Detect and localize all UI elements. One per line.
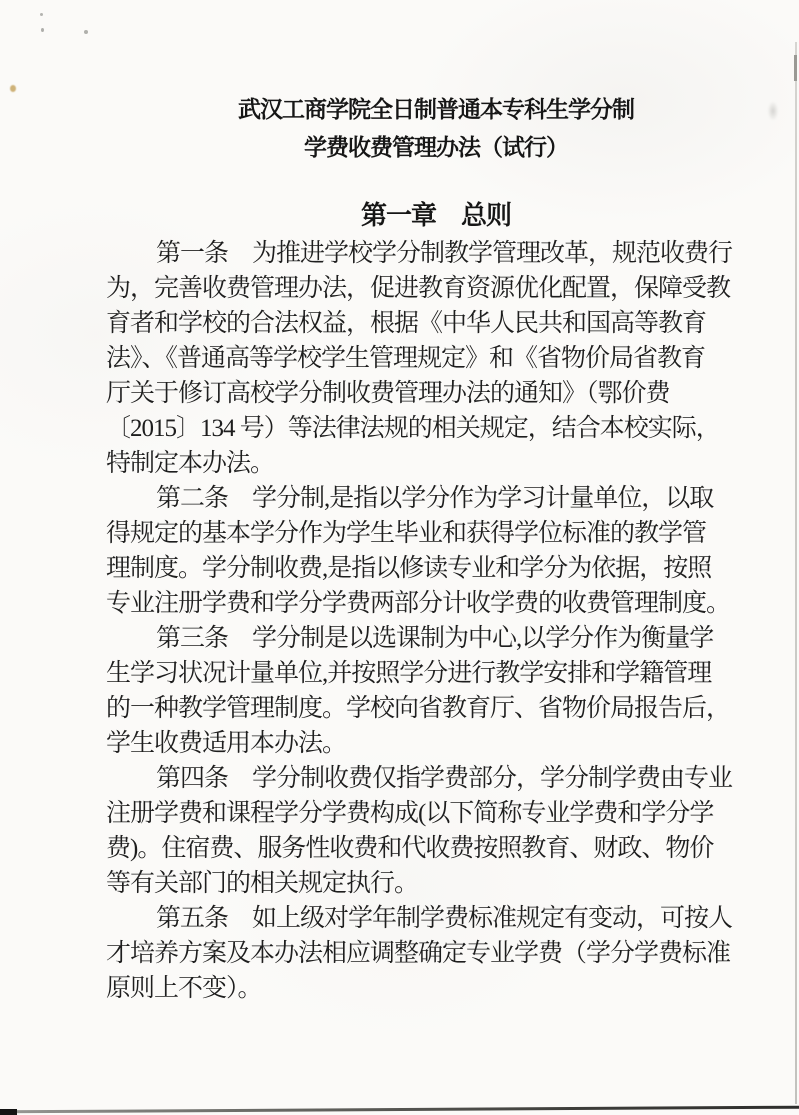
body-line: 特制定本办法。 [106, 446, 766, 481]
body-line: 才培养方案及本办法相应调整确定专业学费（学分学费标准 [106, 936, 766, 971]
body-line: 注册学费和课程学分学费构成(以下简称专业学费和学分学 [106, 796, 766, 831]
body-line: 为，完善收费管理办法，促进教育资源优化配置，保障受教 [106, 271, 766, 306]
body-line: 生学习状况计量单位,并按照学分进行教学安排和学籍管理 [106, 656, 766, 691]
scan-speck [84, 30, 88, 34]
body-line: 得规定的基本学分作为学生毕业和获得学位标准的教学管 [106, 516, 766, 551]
page-right-edge-dark-segment [794, 55, 797, 81]
document-title-line-2: 学费收费管理办法（试行） [106, 128, 766, 166]
body-line: 第五条 如上级对学年制学费标准规定有变动，可按人 [106, 901, 766, 936]
scan-speck [40, 13, 43, 16]
chapter-heading: 第一章 总则 [106, 195, 766, 232]
scan-speck [41, 28, 44, 32]
document-body: 第一条 为推进学校学分制教学管理改革，规范收费行 为，完善收费管理办法，促进教育… [106, 236, 766, 1006]
body-line: 育者和学校的合法权益，根据《中华人民共和国高等教育 [106, 306, 766, 341]
body-line: 〔2015〕134 号）等法律法规的相关规定，结合本校实际， [106, 411, 766, 446]
body-line: 等有关部门的相关规定执行。 [106, 866, 766, 901]
body-line: 学生收费适用本办法。 [106, 726, 766, 761]
body-line: 第三条 学分制是以选课制为中心,以学分作为衡量学 [106, 621, 766, 656]
scan-speck-yellow [10, 85, 16, 92]
scanner-bottom-left-corner-mark [0, 1109, 17, 1115]
body-line: 费)。住宿费、服务性收费和代收费按照教育、财政、物价 [106, 831, 766, 866]
document-title: 武汉工商学院全日制普通本专科生学分制 学费收费管理办法（试行） [106, 90, 766, 166]
scan-margin-smudge [766, 98, 780, 124]
page-right-edge-line [795, 42, 797, 1104]
document-title-line-1: 武汉工商学院全日制普通本专科生学分制 [106, 90, 766, 128]
body-line: 第四条 学分制收费仅指学费部分，学分制学费由专业 [106, 761, 766, 796]
body-line: 法》、《普通高等学校学生管理规定》和《省物价局省教育 [106, 341, 766, 376]
scanner-bottom-edge-line [0, 1106, 799, 1114]
scanned-document-page: 武汉工商学院全日制普通本专科生学分制 学费收费管理办法（试行） 第一章 总则 第… [0, 0, 799, 1115]
body-line: 厅关于修订高校学分制收费管理办法的通知》（鄂价费 [106, 376, 766, 411]
body-line: 理制度。学分制收费,是指以修读专业和学分为依据，按照 [106, 551, 766, 586]
body-line: 原则上不变）。 [106, 971, 766, 1006]
body-line: 第二条 学分制,是指以学分作为学习计量单位，以取 [106, 481, 766, 516]
body-line: 的一种教学管理制度。学校向省教育厅、省物价局报告后， [106, 691, 766, 726]
body-line: 第一条 为推进学校学分制教学管理改革，规范收费行 [106, 236, 766, 271]
body-line: 专业注册学费和学分学费两部分计收学费的收费管理制度。 [106, 586, 766, 621]
